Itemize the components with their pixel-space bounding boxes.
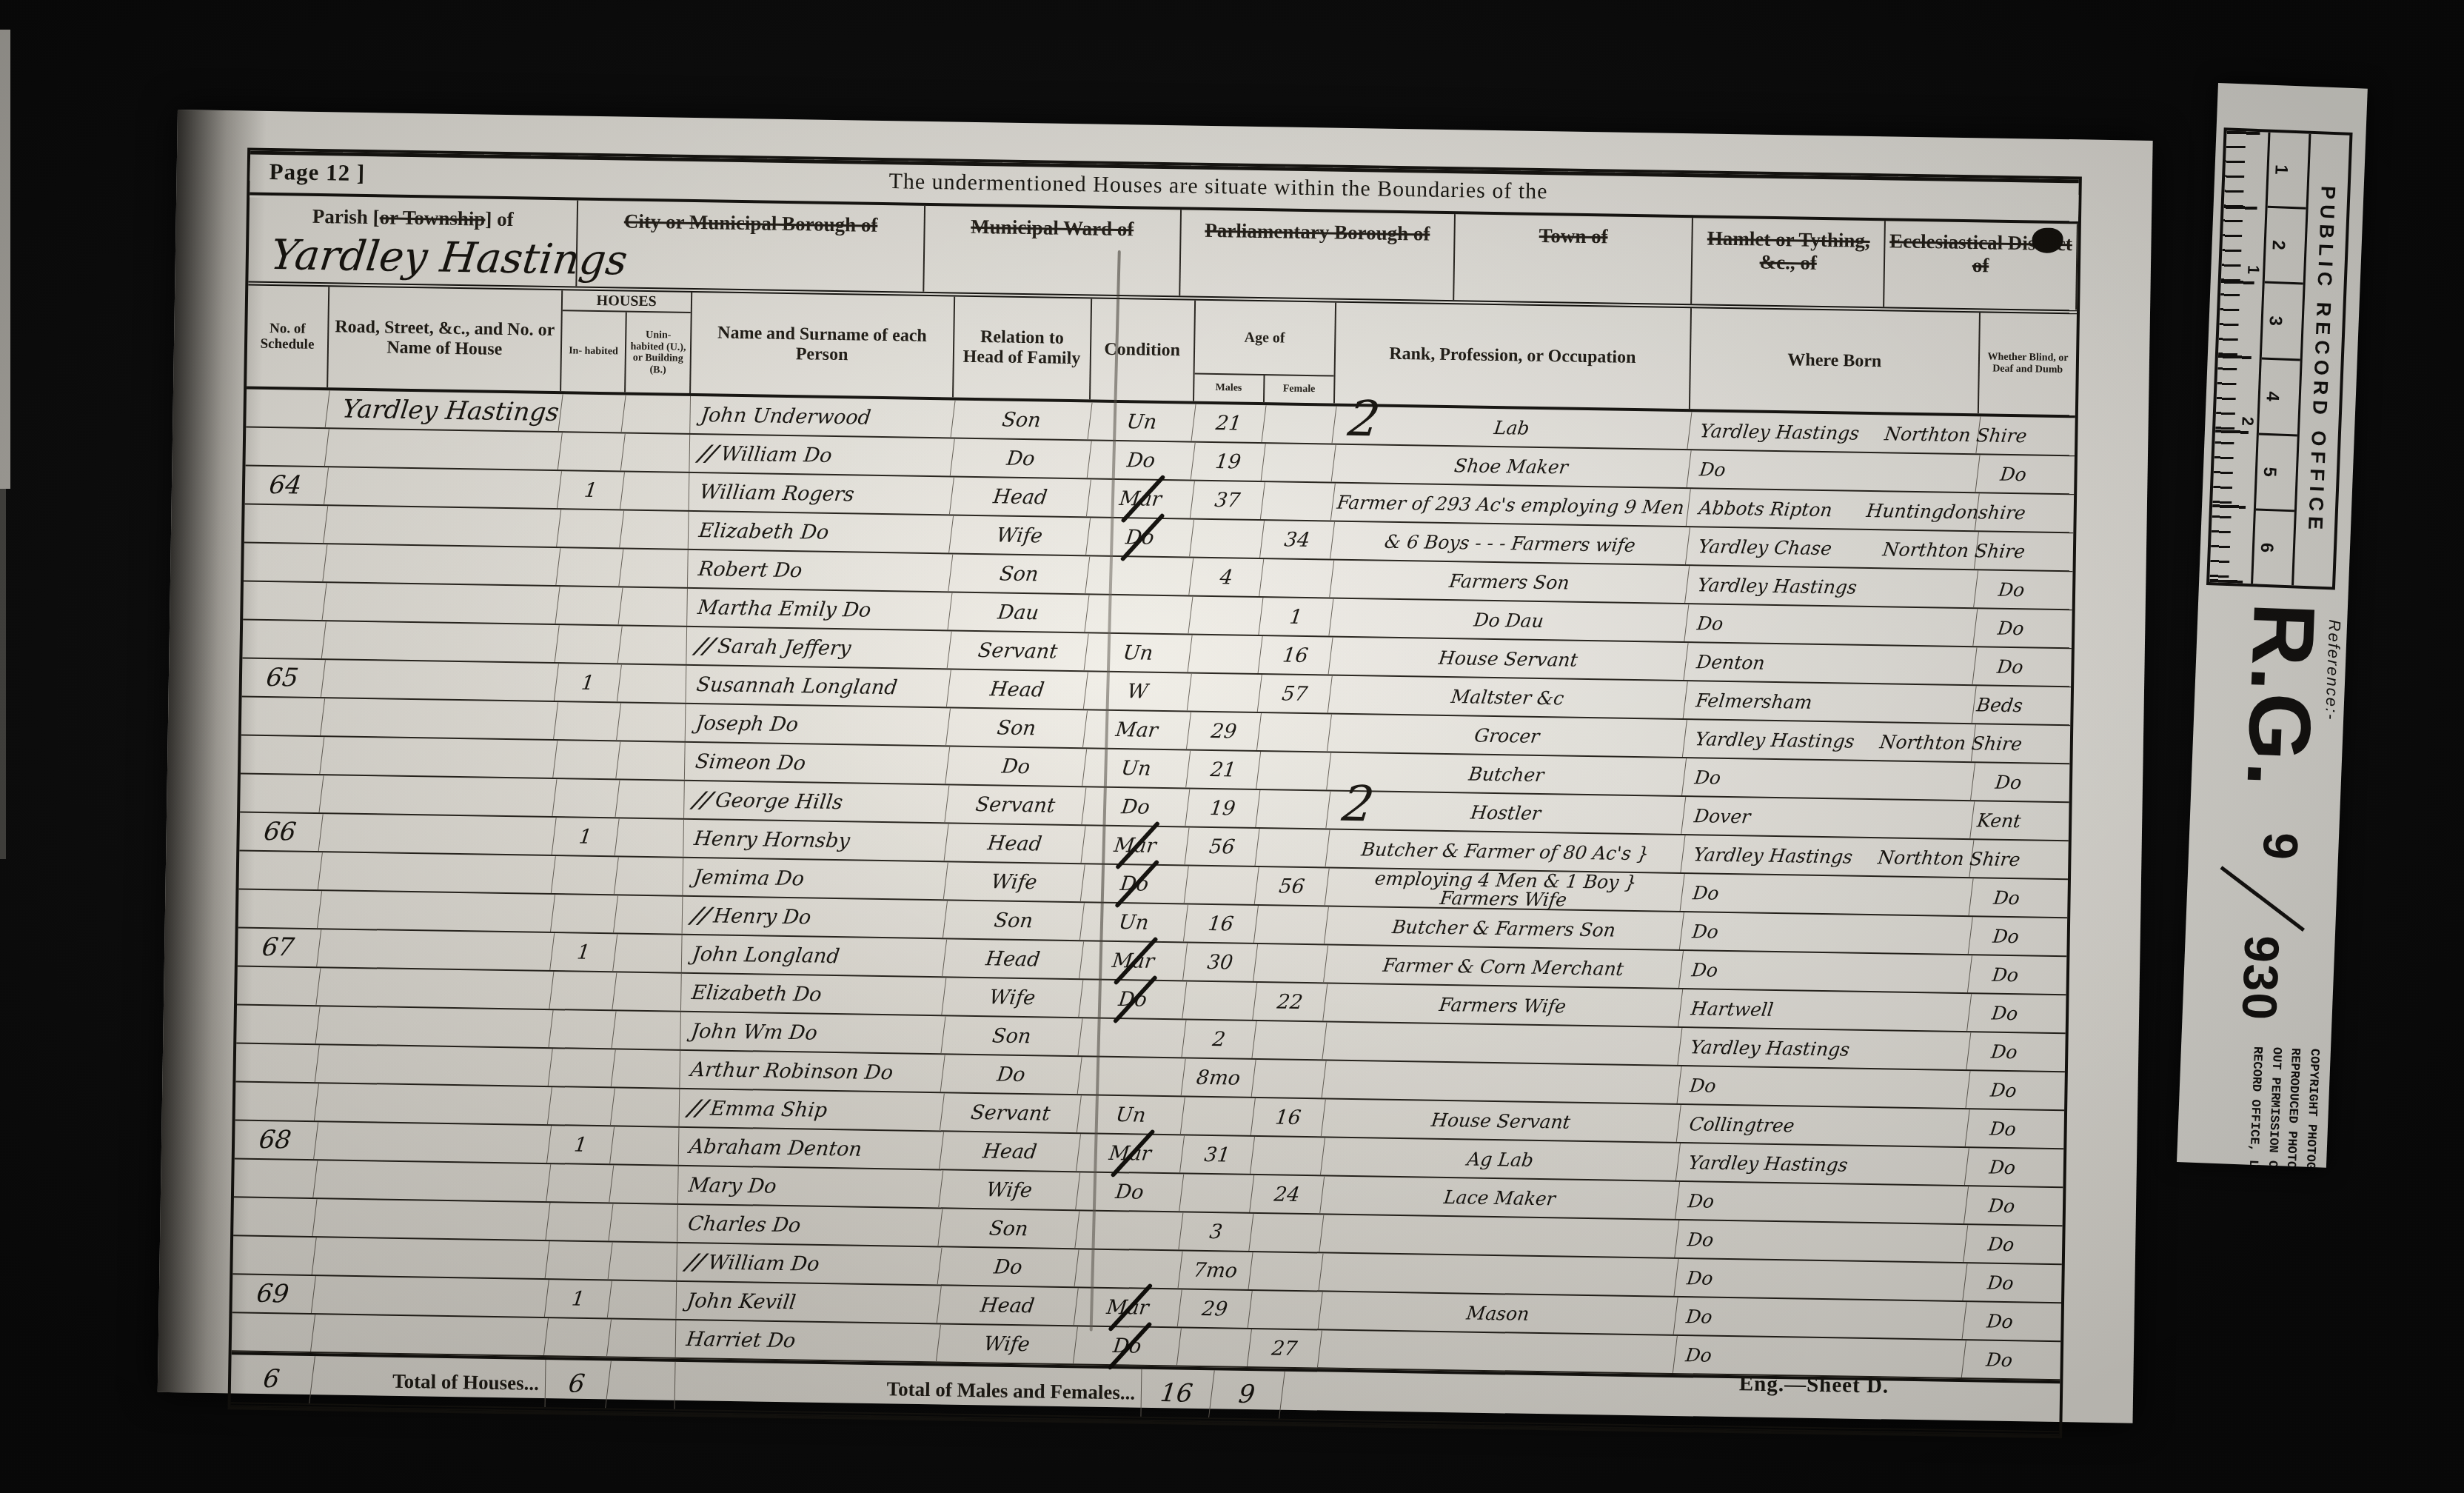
cell-age-female [1251, 1060, 1326, 1098]
cell-road [312, 1238, 550, 1278]
cell-relation: Head [946, 669, 1088, 709]
reference-slash [2224, 852, 2317, 945]
cell-uninhabited [621, 549, 689, 587]
cell-occupation: Grocer [1328, 715, 1687, 757]
cell-occupation: Butcher & Farmers Son [1325, 907, 1684, 949]
born-place: Do [1693, 766, 1722, 789]
cell-occupation: Shoe Maker [1332, 445, 1692, 487]
cell-age-male: 4 [1189, 558, 1264, 596]
cell-blind [1972, 840, 2069, 878]
cell-relation: Servant [947, 632, 1088, 671]
cell-schedule: 64 [243, 467, 329, 505]
born-place: Do [1687, 1190, 1715, 1212]
cell-road [324, 467, 562, 508]
ruler-inch-2: 2 [2237, 416, 2257, 426]
cell-uninhabited [609, 1280, 677, 1318]
cell-occupation: Farmer & Corn Merchant [1324, 946, 1684, 988]
cell-blind [1966, 1186, 2063, 1225]
born-place: Do [1695, 612, 1724, 635]
cell-age-female: 56 [1254, 867, 1329, 905]
cell-relation: Wife [939, 1170, 1080, 1209]
cell-inhabited [554, 702, 621, 740]
cell-name: Elizabeth Do [686, 512, 954, 552]
cell-uninhabited [623, 434, 690, 472]
cell-blind [1971, 878, 2068, 917]
cell-occupation: Ag Lab [1321, 1138, 1681, 1180]
col-header-inhabited: In- habited [561, 312, 627, 393]
cell-blind [1964, 1302, 2061, 1340]
total-houses-value: 6 [543, 1360, 612, 1408]
cell-blind [1978, 416, 2075, 455]
ruler-cm-number: 3 [2262, 284, 2303, 361]
cell-name: Elizabeth Do [679, 974, 946, 1015]
cell-relation: Do [945, 746, 1087, 786]
col-header-occupation: Rank, Profession, or Occupation [1335, 303, 1692, 410]
cell-road [313, 1160, 551, 1201]
cell-condition: Mar [1079, 941, 1188, 980]
cell-name: Simeon Do [683, 743, 950, 784]
cell-age-male [1187, 674, 1262, 712]
cell-relation: Head [940, 1132, 1081, 1171]
cell-age-male [1179, 1175, 1254, 1212]
cell-road [322, 621, 560, 662]
cell-name: Arthur Robinson Do [677, 1051, 945, 1092]
cell-schedule: 66 [238, 812, 324, 851]
cell-age-male [1188, 597, 1263, 635]
cell-relation: Dau [948, 593, 1089, 632]
born-place: Abbots Ripton [1698, 497, 1833, 521]
cell-uninhabited [620, 587, 688, 625]
ruler-cm-number: 4 [2259, 359, 2300, 436]
cell-age-male: 2 [1182, 1021, 1256, 1058]
cell-age-female: 16 [1258, 636, 1333, 674]
cell-relation: Head [950, 478, 1091, 517]
cell-occupation: Butcher & Farmer of 80 Ac's } [1325, 830, 1685, 872]
household-mark: // [692, 441, 723, 467]
cell-age-female [1249, 1214, 1324, 1252]
cell-age-female: 27 [1248, 1329, 1322, 1367]
born-place: Felmersham [1695, 689, 1813, 712]
born-place: Do [1692, 882, 1721, 904]
cell-schedule [232, 1198, 318, 1236]
cell-occupation: Lace Maker [1320, 1177, 1680, 1219]
cell-inhabited: 1 [558, 471, 625, 509]
cell-schedule: 68 [232, 1120, 318, 1159]
ruler-inch-1: 1 [2243, 265, 2263, 275]
field-parliamentary-borough: Parliamentary Borough of [1180, 210, 1456, 300]
cell-relation: Son [948, 555, 1090, 594]
cell-name: John Underwood [688, 396, 955, 437]
cell-name: Charles Do [675, 1205, 943, 1246]
cell-age-male [1188, 635, 1262, 673]
cell-uninhabited [611, 1203, 678, 1241]
table-body: Yardley HastingsJohn UnderwoodSonUn21Lab… [232, 390, 2075, 1381]
cell-age-female: 1 [1259, 598, 1333, 635]
cell-age-male: 30 [1183, 943, 1258, 981]
ruler-cm-number: 2 [2265, 208, 2306, 285]
col-header-females: Female [1265, 375, 1334, 403]
cell-blind [1970, 955, 2067, 994]
cell-relation: Servant [945, 785, 1086, 824]
cell-relation: Do [950, 439, 1091, 478]
cell-age-female [1261, 482, 1336, 520]
cell-blind [1970, 917, 2067, 955]
field-ecclesiastical-district: Ecclesiastical District of [1884, 221, 2078, 310]
cell-road [312, 1276, 549, 1317]
page-number: Page 12 ] [250, 158, 536, 190]
cell-age-female: 16 [1251, 1098, 1326, 1136]
cell-uninhabited [617, 818, 684, 856]
cell-condition [1085, 595, 1193, 633]
cell-occupation: Farmers Wife [1323, 984, 1683, 1026]
cell-age-female [1259, 559, 1334, 597]
cell-name: //William Do [674, 1243, 942, 1284]
total-females: 9 [1209, 1370, 1285, 1418]
cell-occupation: & 6 Boys - - - Farmers wife [1330, 522, 1690, 564]
cell-uninhabited [615, 972, 682, 1010]
cell-inhabited: 1 [545, 1280, 612, 1317]
cell-inhabited: 1 [555, 664, 622, 701]
cell-road [319, 775, 557, 816]
cell-road [325, 429, 563, 470]
born-place: Do [1685, 1306, 1714, 1328]
cell-schedule: 67 [235, 928, 321, 966]
household-mark: // [687, 787, 718, 813]
cell-inhabited: 1 [550, 933, 617, 971]
cell-occupation: employing 4 Men & 1 Boy } Farmers Wife [1325, 869, 1685, 911]
cell-occupation: Butcher [1327, 753, 1687, 795]
cell-uninhabited [615, 895, 683, 933]
born-place: Yardley Hastings [1689, 1036, 1850, 1060]
cell-relation: Servant [940, 1093, 1081, 1132]
cell-road [312, 1199, 550, 1240]
cell-inhabited [546, 1203, 613, 1240]
cell-name: John Wm Do [678, 1012, 945, 1053]
cell-blind [1969, 994, 2066, 1032]
born-place: Hartwell [1690, 998, 1774, 1021]
cell-condition: Do [1079, 980, 1187, 1018]
cell-blind [1976, 570, 2073, 609]
total-houses-label: Total of Houses... [312, 1356, 546, 1407]
cell-inhabited [549, 972, 617, 1009]
cell-inhabited: 1 [547, 1126, 615, 1163]
col-header-road: Road, Street, &c., and No. or Name of Ho… [328, 287, 563, 391]
piece-number: 930 [2231, 935, 2290, 1023]
cell-schedule: 69 [230, 1275, 316, 1313]
cell-born: DoDo [1675, 1182, 1969, 1223]
cell-road [317, 929, 555, 970]
cell-relation: Wife [942, 978, 1083, 1017]
cell-schedule [241, 544, 327, 582]
cell-age-male: 19 [1185, 789, 1260, 827]
cell-born: DoDo [1673, 1297, 1966, 1339]
cell-blind [1973, 724, 2070, 763]
cell-age-male [1184, 866, 1259, 904]
cell-uninhabited [612, 1126, 679, 1164]
cell-schedule [238, 735, 324, 774]
cell-age-male [1182, 982, 1257, 1020]
household-mark: // [689, 633, 720, 659]
cell-relation: Head [943, 939, 1084, 978]
cell-inhabited [556, 548, 623, 586]
cell-road [315, 1083, 552, 1124]
cell-relation: Do [940, 1055, 1082, 1094]
cell-occupation [1322, 1061, 1681, 1103]
cell-schedule [230, 1313, 315, 1352]
cell-age-female [1248, 1291, 1322, 1329]
cell-schedule [232, 1159, 318, 1198]
cell-relation: Wife [937, 1324, 1078, 1363]
col-header-blind: Whether Blind, or Deaf and Dumb [1979, 313, 2077, 415]
born-place: Yardley Hastings [1696, 574, 1858, 598]
adjacent-page-edge [0, 30, 10, 489]
cell-age-male: 21 [1186, 751, 1261, 789]
cell-name: Harriet Do [674, 1320, 941, 1361]
cell-relation: Wife [949, 516, 1091, 555]
cell-occupation: Lab2 [1332, 407, 1692, 449]
col-header-condition: Condition [1091, 298, 1196, 401]
born-place: Do [1685, 1267, 1714, 1289]
total-males: 16 [1139, 1369, 1215, 1417]
cell-age-female [1251, 1137, 1325, 1175]
cell-inhabited [549, 1049, 616, 1086]
cell-uninhabited [617, 780, 685, 818]
cell-age-male: 29 [1187, 712, 1262, 750]
cell-born: Yardley HastingsDo [1678, 1028, 1971, 1069]
cell-condition: Mar [1077, 1134, 1185, 1172]
col-header-age: Age of Males Female [1194, 301, 1336, 404]
born-place: Yardley Chase [1697, 535, 1833, 559]
household-mark: // [680, 1249, 711, 1275]
census-scan-photo: { "header": { "page_label": "Page 12 ]",… [0, 0, 2464, 1493]
born-place: Do [1691, 921, 1720, 943]
cell-inhabited [555, 625, 623, 663]
cell-relation: Son [938, 1209, 1079, 1248]
cell-blind [1963, 1340, 2060, 1379]
cell-age-female: 34 [1260, 521, 1335, 558]
census-page: Page 12 ] The undermentioned Houses are … [158, 110, 2153, 1423]
cell-schedule [242, 505, 328, 544]
cell-name: //Emma Ship [677, 1089, 945, 1130]
ruler-cm-number: 6 [2253, 510, 2294, 585]
cell-blind [1967, 1109, 2064, 1148]
cell-occupation [1318, 1330, 1678, 1372]
cell-condition: Do [1086, 518, 1194, 556]
cell-road [324, 506, 561, 547]
cell-uninhabited [620, 626, 687, 664]
cell-name: Henry Hornsby [681, 820, 948, 861]
cell-relation: Head [944, 824, 1085, 863]
cell-uninhabited [612, 1088, 680, 1126]
cell-name: Joseph Do [683, 704, 951, 745]
ruler-cm-number: 1 [2268, 133, 2309, 210]
cell-age-female [1256, 790, 1330, 828]
cell-born: DoDo [1680, 874, 1973, 915]
cell-inhabited [551, 895, 618, 932]
cell-age-male: 37 [1191, 481, 1265, 519]
cell-schedule [231, 1236, 317, 1275]
cell-inhabited [557, 510, 624, 547]
cell-name: Mary Do [676, 1166, 943, 1207]
cell-age-female [1257, 713, 1332, 751]
record-group: R.G. [2227, 601, 2335, 790]
col-header-name: Name and Surname of each Person [691, 293, 955, 398]
pro-ruler: PUBLIC RECORD OFFICE 123456 1 2 [2206, 127, 2353, 589]
cell-age-male: 29 [1177, 1290, 1252, 1328]
cell-age-male [1190, 520, 1265, 558]
cell-road [323, 544, 560, 585]
cell-schedule [237, 851, 323, 889]
sheet-label: Eng.—Sheet D. [1739, 1372, 1889, 1398]
cell-uninhabited [622, 510, 689, 548]
born-place: Denton [1695, 651, 1767, 673]
cell-uninhabited [612, 1165, 679, 1203]
born-place: Yardley Hastings [1694, 728, 1855, 752]
field-city-borough: City or Municipal Borough of [577, 201, 925, 292]
born-place: Dover [1693, 805, 1751, 827]
cell-occupation: House Servant [1328, 638, 1688, 680]
born-place: Do [1689, 1075, 1718, 1097]
cell-born: DoverKent [1681, 797, 1975, 838]
cell-relation: Head [937, 1286, 1078, 1325]
cell-born: Yardley HastingsNorthton Shire [1687, 412, 1981, 453]
cell-age-female [1254, 906, 1329, 943]
cell-blind [1978, 455, 2075, 493]
cell-name: John Kevill [674, 1282, 941, 1323]
cell-uninhabited [623, 395, 691, 433]
cell-schedule [244, 428, 329, 467]
cell-born: Yardley HastingsDo [1685, 566, 1978, 607]
cell-blind [1972, 801, 2069, 840]
enumerator-tally-mark: 2 [1345, 395, 1382, 444]
cell-condition: Un [1088, 402, 1196, 441]
col-header-uninhabited: Unin- habited (U.), or Building (B.) [626, 313, 690, 393]
cell-occupation [1319, 1253, 1678, 1295]
cell-condition: Mar [1081, 826, 1189, 864]
household-mark: // [685, 903, 716, 929]
born-place: Do [1690, 959, 1719, 981]
cell-age-female [1248, 1252, 1323, 1290]
col-header-schedule: No. of Schedule [247, 286, 329, 388]
cell-schedule [244, 390, 330, 428]
cell-road [321, 660, 559, 701]
cell-condition: Do [1074, 1326, 1182, 1365]
cell-schedule [234, 1043, 320, 1082]
cell-occupation: Do Dau [1329, 599, 1689, 641]
cell-occupation: Farmers Son [1330, 561, 1690, 603]
cell-born: Yardley HastingsNorthton Shire [1681, 835, 1974, 877]
field-municipal-ward: Municipal Ward of [924, 206, 1182, 295]
cell-born: DoDo [1687, 450, 1980, 492]
cell-uninhabited [616, 857, 683, 895]
cell-inhabited [548, 1087, 615, 1125]
cell-name: //Sarah Jeffery [684, 627, 951, 668]
cell-age-female [1252, 1021, 1327, 1059]
cell-born: DentonDo [1684, 643, 1977, 684]
col-header-born: Where Born [1690, 308, 1981, 413]
cell-condition: Do [1087, 441, 1195, 479]
field-town: Town of [1454, 214, 1693, 304]
enumerator-tally-mark: 2 [1339, 780, 1376, 829]
cell-uninhabited [618, 703, 686, 741]
cell-inhabited [545, 1241, 612, 1279]
cell-condition: W [1083, 672, 1191, 710]
cell-born: DoDo [1675, 1220, 1968, 1262]
adjacent-page-shadow [0, 489, 6, 859]
cell-road [319, 814, 557, 855]
cell-name: Martha Emily Do [685, 589, 952, 629]
cell-relation: Son [946, 708, 1088, 747]
cell-blind [1975, 609, 2072, 647]
cell-schedule [233, 1082, 319, 1120]
cell-age-male: 16 [1184, 905, 1259, 943]
cell-age-female [1262, 405, 1336, 443]
cell-name: John Longland [680, 935, 947, 976]
cell-born: Yardley HastingsDo [1676, 1143, 1969, 1185]
cell-age-female: 57 [1258, 675, 1333, 712]
cell-occupation: Hostler2 [1326, 792, 1686, 834]
cell-blind [1968, 1071, 2065, 1109]
cell-inhabited [546, 1164, 614, 1202]
field-hamlet: Hamlet or Tything, &c., of [1692, 218, 1886, 307]
cell-blind [1973, 763, 2070, 801]
cell-age-male: 31 [1180, 1136, 1255, 1174]
cell-blind [1974, 686, 2071, 724]
cell-schedule: 65 [240, 659, 326, 698]
cell-relation: Wife [943, 862, 1085, 901]
col-header-houses: HOUSES In- habited Unin- habited (U.), o… [561, 290, 692, 393]
household-mark: // [682, 1095, 713, 1121]
cell-inhabited [553, 741, 620, 778]
cell-age-female: 22 [1253, 983, 1328, 1021]
cell-condition: Un [1082, 749, 1191, 787]
cell-name: Robert Do [686, 550, 953, 591]
cell-born: DoDo [1673, 1336, 1966, 1377]
cell-blind [1977, 493, 2074, 532]
cell-born: CollingtreeDo [1676, 1105, 1969, 1146]
cell-blind [1965, 1263, 2062, 1302]
cell-uninhabited [613, 1049, 680, 1087]
cell-age-female [1261, 444, 1336, 481]
copyright-notice: COPYRIGHT PHOTOGRAPH - NOT TO BEREPRODUC… [2242, 1046, 2323, 1167]
born-place: Do [1686, 1229, 1715, 1251]
cell-occupation: House Servant [1322, 1100, 1681, 1142]
cell-uninhabited [619, 664, 686, 702]
cell-born: Yardley HastingsNorthton Shire [1683, 720, 1976, 761]
parish-name-handwritten: Yardley Hastings [268, 231, 630, 284]
cell-born: DoDo [1674, 1259, 1967, 1300]
cell-relation: Son [943, 901, 1085, 940]
cell-condition: Do [1076, 1172, 1184, 1211]
cell-schedule [238, 774, 324, 812]
cell-condition [1085, 556, 1193, 595]
total-mf-label: Total of Males and Females... [674, 1362, 1142, 1417]
cell-inhabited [544, 1318, 612, 1356]
cell-schedule [236, 889, 322, 928]
cell-relation: Do [937, 1247, 1079, 1286]
cell-road [318, 852, 556, 893]
cell-inhabited [558, 394, 626, 432]
cell-born: DoDo [1682, 758, 1975, 800]
cell-inhabited [555, 587, 623, 624]
born-place: Do [1698, 458, 1727, 481]
cell-road [322, 583, 560, 624]
cell-condition: Mar [1083, 710, 1191, 749]
cell-name: Abraham Denton [677, 1128, 944, 1169]
cell-road [321, 698, 558, 739]
cell-blind [1967, 1148, 2064, 1186]
cell-blind [1977, 532, 2074, 570]
